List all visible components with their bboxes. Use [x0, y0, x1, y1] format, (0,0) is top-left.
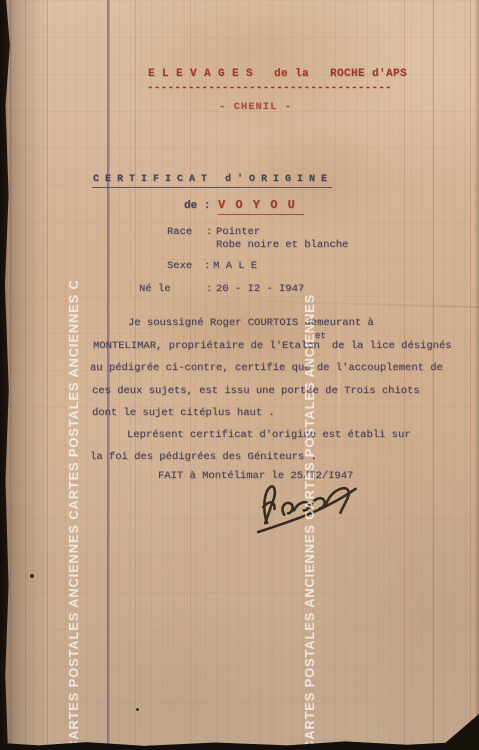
kennel-subtitle: - CHENIL -: [219, 101, 292, 113]
dog-name: V O Y O U: [218, 198, 304, 215]
scanned-certificate-document: E L E V A G E S de la ROCHE d'APS ------…: [0, 0, 479, 750]
body-line-1: Je soussigné Roger COURTOIS demeurant à: [128, 317, 374, 330]
field-value-birthdate: 20 - I2 - I947: [216, 283, 304, 296]
paper-speck: [136, 708, 139, 711]
body-line-2a: MONTELIMAR, propriétaire de l'Etalon: [93, 340, 320, 352]
ruled-line: [433, 0, 434, 750]
signature-scribble: [282, 502, 294, 515]
field-value-sexe: M A L E: [213, 260, 257, 273]
scan-edge-right: [475, 0, 479, 750]
signature-initial-stroke: [261, 486, 279, 523]
field-sep: :: [204, 260, 210, 273]
body-line-4: ces deux sujets, est issu une portée de …: [92, 385, 420, 398]
field-sep: :: [206, 283, 212, 296]
field-sep: :: [206, 226, 212, 239]
kennel-name: E L E V A G E S de la ROCHE d'APS: [148, 68, 407, 80]
field-label-sexe: Sexe: [167, 260, 192, 273]
body-line-2: MONTELIMAR, propriétaire de l'Etalonde l…: [93, 340, 452, 353]
paper-crease: [240, 300, 479, 308]
margin-line: [107, 0, 110, 750]
watermark-center-column: CARTES POSTALES ANCIENNES CARTES POSTALE…: [302, 291, 328, 750]
field-label-race: Race: [167, 226, 192, 239]
body-line-2b: de la lice désignés: [332, 340, 452, 352]
letterhead-rule: ------------------------------------: [147, 82, 392, 94]
body-line-6: Leprésent certificat d'origine est établ…: [127, 429, 411, 442]
field-value-race-coat: Robe noire et blanche: [216, 239, 348, 252]
certificate-title: C E R T I F I C A T d ' O R I G I N E: [92, 174, 332, 188]
field-label-birthdate: Né le: [139, 283, 171, 296]
ruled-line: [190, 0, 191, 750]
ruled-line: [135, 0, 136, 750]
ruled-line: [470, 0, 471, 750]
ruled-line: [404, 0, 405, 750]
body-line-5: dont le sujet citéplus haut .: [92, 407, 275, 420]
body-line-3: au pédigrée ci-contre, certifie que de l…: [90, 362, 443, 375]
watermark-left-column: CARTES POSTALES ANCIENNES CARTES POSTALE…: [66, 281, 92, 750]
field-value-race: Pointer: [216, 226, 260, 239]
dog-name-label: de :: [184, 200, 210, 212]
body-line-7: la foi des pédigrées des Géniteurs .: [90, 451, 317, 464]
